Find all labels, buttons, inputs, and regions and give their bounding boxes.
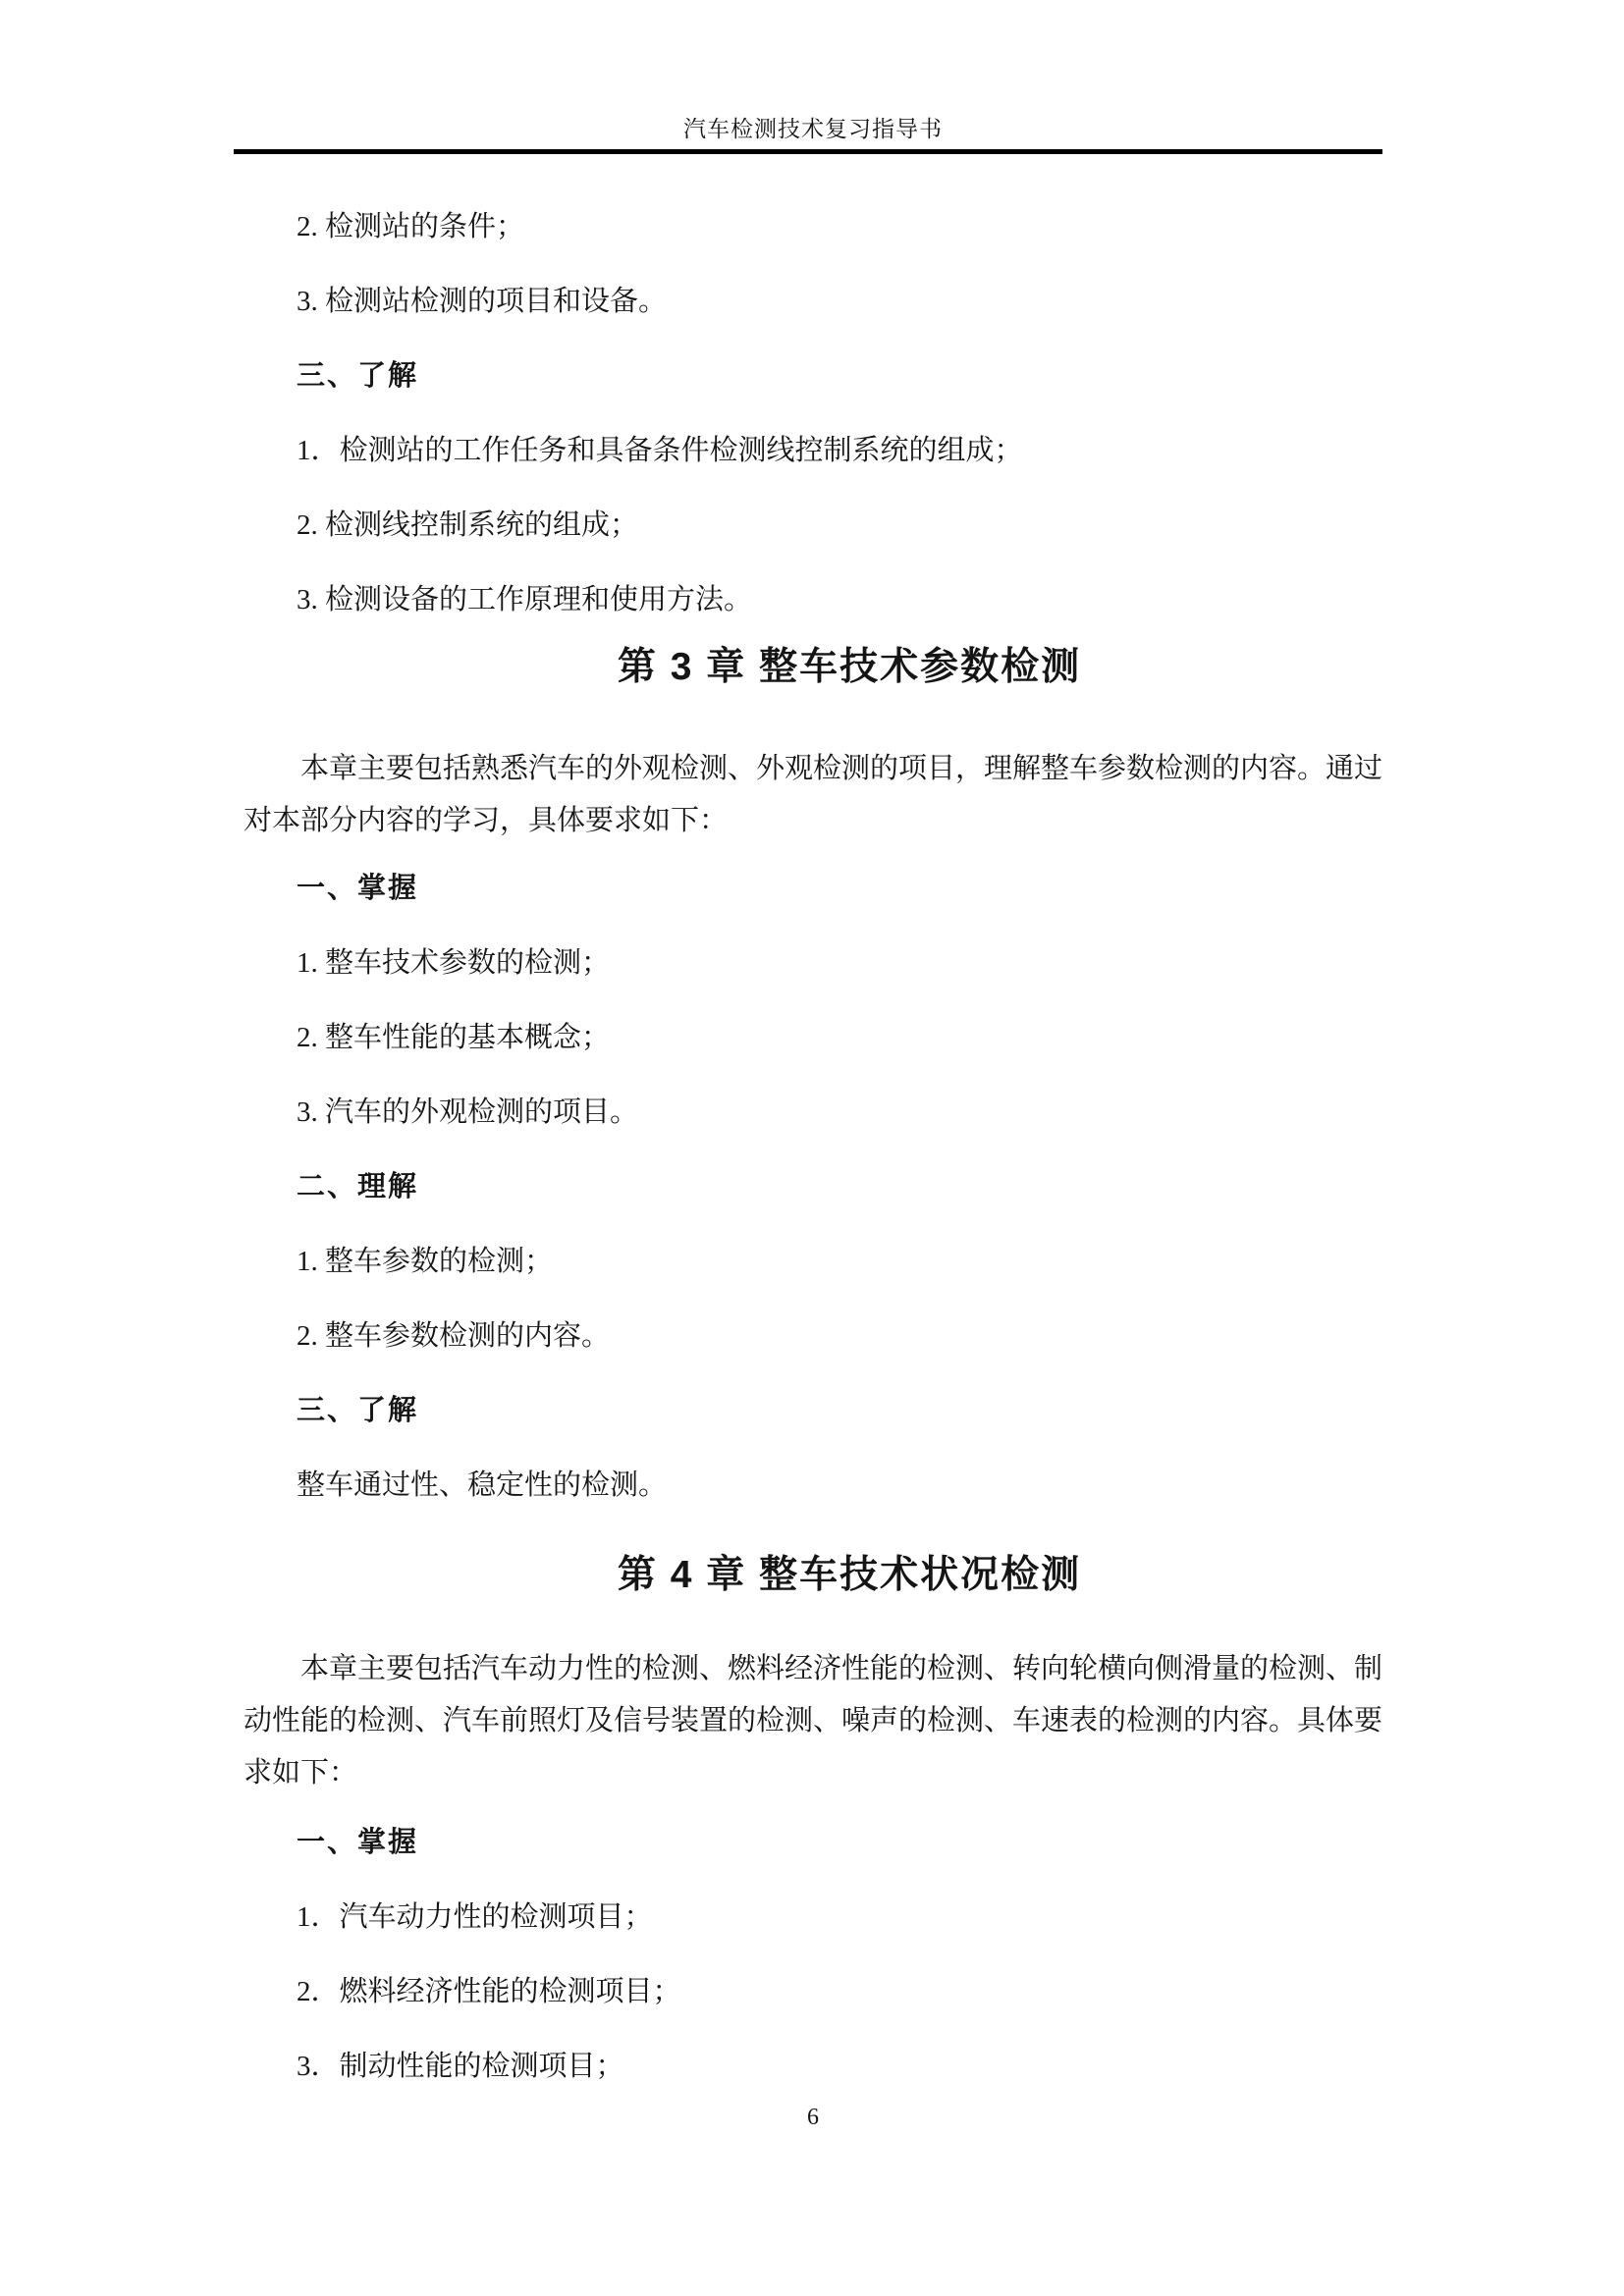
list-item: 1. 整车技术参数的检测；	[244, 947, 1382, 979]
chapter-4-intro-paragraph: 本章主要包括汽车动力性的检测、燃料经济性能的检测、转向轮横向侧滑量的检测、制动性…	[244, 1643, 1382, 1799]
document-page: 汽车检测技术复习指导书 2. 检测站的条件； 3. 检测站检测的项目和设备。 三…	[0, 0, 1624, 2296]
running-header-title: 汽车检测技术复习指导书	[244, 116, 1382, 143]
list-item: 1．汽车动力性的检测项目；	[244, 1901, 1382, 1933]
chapter-3-intro-paragraph: 本章主要包括熟悉汽车的外观检测、外观检测的项目，理解整车参数检测的内容。通过对本…	[244, 743, 1382, 847]
list-item: 1. 整车参数的检测；	[244, 1246, 1382, 1277]
list-item: 3．制动性能的检测项目；	[244, 2051, 1382, 2082]
list-item: 2．燃料经济性能的检测项目；	[244, 1976, 1382, 2007]
section-heading-know: 三、了解	[244, 360, 1382, 392]
header-rule	[234, 149, 1382, 154]
list-item: 3. 检测设备的工作原理和使用方法。	[244, 584, 1382, 615]
list-item: 3. 汽车的外观检测的项目。	[244, 1096, 1382, 1128]
section-heading-understand: 二、理解	[244, 1171, 1382, 1202]
list-item: 2. 整车参数检测的内容。	[244, 1320, 1382, 1352]
list-item: 整车通过性、稳定性的检测。	[244, 1469, 1382, 1501]
section-heading-grasp: 一、掌握	[244, 873, 1382, 904]
section-heading-grasp: 一、掌握	[244, 1827, 1382, 1858]
list-item: 2. 整车性能的基本概念；	[244, 1022, 1382, 1053]
chapter-4-title: 第 4 章 整车技术状况检测	[244, 1554, 1382, 1597]
list-item: 2. 检测线控制系统的组成；	[244, 509, 1382, 541]
section-heading-know: 三、了解	[244, 1395, 1382, 1426]
page-number: 6	[244, 2104, 1382, 2131]
list-item: 2. 检测站的条件；	[244, 211, 1382, 242]
list-item: 3. 检测站检测的项目和设备。	[244, 286, 1382, 317]
chapter-3-title: 第 3 章 整车技术参数检测	[244, 646, 1382, 689]
list-item: 1．检测站的工作任务和具备条件检测线控制系统的组成；	[244, 435, 1382, 466]
